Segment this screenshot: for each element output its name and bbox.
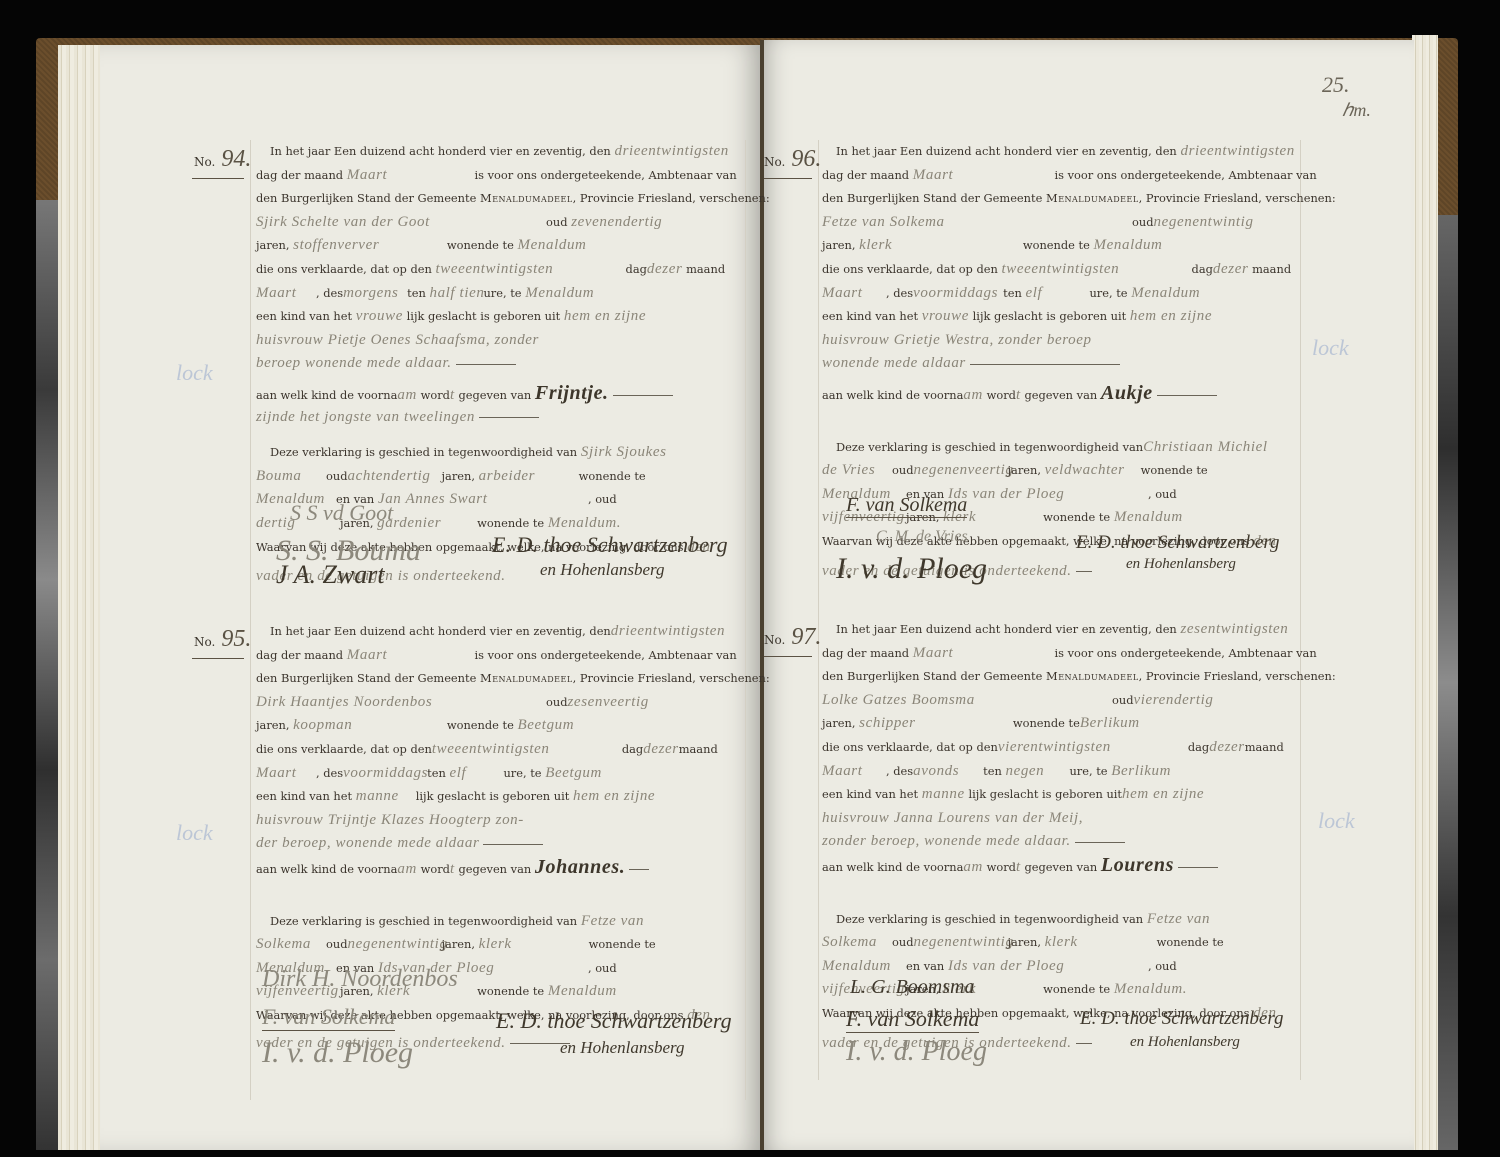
declarant-name: Sjirk Schelte van der Goot (256, 211, 546, 235)
entry-number: No.95. (194, 626, 251, 653)
printed-text: dag der maand (822, 646, 909, 660)
declarant-occupation: koopman (293, 714, 443, 738)
printed-text: jaren, (822, 238, 855, 252)
witness1-age: negenentwintig (914, 931, 1008, 955)
registrar-signature: en Hohenlansberg (560, 1038, 685, 1058)
book-spine (760, 40, 764, 1150)
printed-text: dag (622, 742, 643, 756)
birth-month: Maart (256, 282, 316, 306)
birth-day: vierentwintigsten (998, 736, 1188, 760)
printed-text: , Provincie Friesland, verschenen: (1139, 669, 1336, 683)
printed-text: maand (679, 742, 718, 756)
printed-text: , Provincie Friesland, verschenen: (1139, 191, 1336, 205)
printed-text: ure, te (503, 766, 541, 780)
printed-text: lijk geslacht is geboren uit (416, 789, 570, 803)
margin-note: lock (1318, 808, 1355, 834)
witness1-age: negenentwintig (348, 933, 442, 957)
birth-month: Maart (256, 762, 316, 786)
child-sex: manne (922, 786, 965, 802)
printed-text: den Burgerlijken Stand der Gemeente (822, 191, 1042, 205)
parents-text: hem en zijne (564, 308, 646, 324)
printed-text: jaren, (442, 469, 475, 483)
witness1-name: Solkema (822, 931, 892, 955)
printed-text: wonende te (1141, 463, 1208, 477)
entry-frame-right (1300, 140, 1301, 1080)
declarant-name: Fetze van Solkema (822, 211, 1132, 235)
witness2-name: Jan Annes Swart (378, 488, 588, 512)
printed-text: wonende te (447, 718, 514, 732)
printed-text: wonende te (579, 469, 646, 483)
printed-text: wonende te (1043, 982, 1110, 996)
handwritten-day: zesentwintigsten (1180, 621, 1288, 637)
registrar-signature: en Hohenlansberg (1126, 556, 1236, 573)
handwritten-day: drieentwintigsten (1180, 143, 1294, 159)
witness1-occupation: arbeider (479, 465, 579, 489)
handwritten-text: dezer (1213, 261, 1249, 277)
printed-text: die ons verklaarde, dat op den (256, 742, 432, 756)
witness1-name: Solkema (256, 933, 326, 957)
birth-place: Menaldum (525, 285, 594, 301)
handwritten-text: am (397, 387, 417, 403)
witness2-residence: Menaldum (548, 983, 617, 999)
printed-text: dag (1188, 740, 1209, 754)
printed-text: , Provincie Friesland, verschenen: (573, 671, 770, 685)
time-of-day: voormiddags (343, 762, 427, 786)
printed-text: aan welk kind de voorna (256, 388, 397, 402)
declarant-occupation: stoffenverver (293, 234, 443, 258)
printed-text: aan welk kind de voorna (822, 388, 963, 402)
printed-text: oud (892, 935, 914, 949)
handwritten-text: dezer (647, 261, 683, 277)
entry-frame-left (250, 140, 251, 1100)
signature: C. M. de Vries (876, 528, 968, 546)
printed-text: , des (886, 764, 913, 778)
child-name: Johannes. (535, 856, 625, 878)
printed-text: word (987, 388, 1016, 402)
printed-text: jaren, (822, 716, 855, 730)
parents-text: huisvrouw Janna Lourens van der Meij, (822, 810, 1083, 826)
handwritten-text: dezer (1209, 739, 1245, 755)
printed-text: wonende te (1013, 716, 1080, 730)
printed-text: wonende te (477, 984, 544, 998)
printed-text: word (421, 388, 450, 402)
declarant-occupation: klerk (859, 234, 1019, 258)
handwritten-month: Maart (913, 164, 1051, 188)
witness1-name: Bouma (256, 465, 326, 489)
printed-text: den Burgerlijken Stand der Gemeente (256, 191, 476, 205)
child-sex: vrouwe (356, 308, 403, 324)
printed-text: Deze verklaring is geschied in tegenwoor… (836, 440, 1143, 454)
printed-text: is voor ons ondergeteekende, Ambtenaar v… (474, 168, 736, 182)
parents-text: zonder beroep, wonende mede aldaar. (822, 833, 1071, 849)
margin-note: lock (1312, 335, 1349, 361)
birth-month: Maart (822, 760, 886, 784)
printed-text: die ons verklaarde, dat op den (256, 262, 432, 276)
printed-text: oud (546, 695, 568, 709)
printed-text: ten (407, 286, 426, 300)
printed-text: maand (1252, 262, 1291, 276)
printed-text: gegeven van (458, 388, 531, 402)
printed-text: , oud (1148, 487, 1177, 501)
printed-text: maand (686, 262, 725, 276)
printed-text: , Provincie Friesland, verschenen: (573, 191, 770, 205)
declarant-name: Dirk Haantjes Noordenbos (256, 691, 546, 715)
printed-text: een kind van het (256, 309, 352, 323)
printed-text: ure, te (483, 286, 521, 300)
printed-text: ten (983, 764, 1002, 778)
printed-text: dag (1192, 262, 1213, 276)
handwritten-month: Maart (347, 164, 471, 188)
handwritten-text: t (1016, 387, 1021, 403)
printed-text: wonende te (447, 238, 514, 252)
printed-text: aan welk kind de voorna (256, 862, 397, 876)
handwritten-day: drieentwintigsten (611, 623, 725, 639)
birth-day: tweeentwintigsten (436, 258, 626, 282)
parents-text: hem en zijne (1122, 786, 1204, 802)
signature: S S vd Goot (290, 500, 393, 526)
registrar-signature: en Hohenlansberg (1130, 1034, 1240, 1051)
printed-text: lijk geslacht is geboren uit (407, 309, 561, 323)
printed-text: jaren, (1008, 935, 1041, 949)
marbled-edge-right (1438, 215, 1458, 1150)
printed-text: is voor ons ondergeteekende, Ambtenaar v… (1054, 646, 1316, 660)
printed-text: oud (1132, 215, 1154, 229)
declarant-residence: Menaldum (518, 237, 587, 253)
printed-text: en van (906, 959, 944, 973)
parents-text: hem en zijne (573, 788, 655, 804)
printed-text: ure, te (1089, 286, 1127, 300)
signature: L. G. Boomsma (850, 976, 974, 999)
registrar-signature: E. D. thoe Schwartzenberg (1080, 1008, 1284, 1030)
printed-text: wonende te (1157, 935, 1224, 949)
printed-text: die ons verklaarde, dat op den (822, 262, 998, 276)
birth-hour: half tien (429, 282, 483, 306)
printed-text: ten (1003, 286, 1022, 300)
handwritten-text: am (397, 861, 417, 877)
printed-text: , oud (588, 492, 617, 506)
printed-text: is voor ons ondergeteekende, Ambtenaar v… (1054, 168, 1316, 182)
handwritten-text: am (963, 387, 983, 403)
time-of-day: avonds (913, 760, 983, 784)
declarant-occupation: schipper (859, 712, 1009, 736)
printed-text: wonende te (1023, 238, 1090, 252)
printed-text: oud (326, 469, 348, 483)
printed-text: jaren, (1008, 463, 1041, 477)
municipality: Menaldumadeel (1046, 191, 1139, 205)
time-of-day: voormiddags (913, 282, 1003, 306)
printed-text: ure, te (1069, 764, 1107, 778)
witness1-name: Sjirk Sjoukes (581, 444, 667, 460)
printed-text: jaren, (256, 238, 289, 252)
witness1-name: de Vries (822, 459, 892, 483)
printed-text: oud (892, 463, 914, 477)
printed-text: , des (316, 766, 343, 780)
birth-hour: elf (1025, 282, 1089, 306)
printed-text: is voor ons ondergeteekende, Ambtenaar v… (474, 648, 736, 662)
handwritten-text: t (450, 387, 455, 403)
signature: I. v. d. Ploeg (262, 1036, 413, 1070)
witness1-name: Christiaan Michiel (1143, 439, 1268, 455)
printed-text: word (987, 860, 1016, 874)
handwritten-text: t (450, 861, 455, 877)
printed-text: een kind van het (822, 309, 918, 323)
declarant-age: zevenendertig (571, 214, 662, 230)
parents-text: huisvrouw Grietje Westra, zonder beroep (822, 332, 1092, 348)
entry-number: No.96. (764, 146, 821, 173)
printed-text: oud (1112, 693, 1134, 707)
printed-text: , des (316, 286, 343, 300)
handwritten-month: Maart (347, 644, 471, 668)
printed-text: jaren, (442, 937, 475, 951)
entry-number-underline (192, 658, 244, 659)
witness2-name: Ids van der Ploeg (948, 483, 1148, 507)
printed-text: In het jaar Een duizend acht honderd vie… (270, 624, 611, 638)
printed-text: Deze verklaring is geschied in tegenwoor… (836, 912, 1143, 926)
child-name: Aukje (1101, 382, 1153, 404)
birth-place: Menaldum (1131, 285, 1200, 301)
printed-text: wonende te (1043, 510, 1110, 524)
witness1-age: negenenveertig (914, 459, 1008, 483)
printed-text: den Burgerlijken Stand der Gemeente (256, 671, 476, 685)
printed-text: jaren, (256, 718, 289, 732)
entry-frame-left (818, 140, 819, 1080)
birth-hour: elf (449, 762, 503, 786)
declarant-age: zesenveertig (568, 694, 649, 710)
birth-place: Berlikum (1111, 763, 1171, 779)
witness2-residence: Menaldum. (548, 515, 621, 531)
witness1-name: Fetze van (581, 913, 644, 929)
handwritten-day: drieentwintigsten (614, 143, 728, 159)
parents-text: hem en zijne (1130, 308, 1212, 324)
printed-text: , oud (588, 961, 617, 975)
registrar-signature: E. D. thoe Schwartzenberg (496, 1008, 732, 1034)
signature: F. van Solkema (262, 1004, 395, 1031)
municipality: Menaldumadeel (1046, 669, 1139, 683)
witness2-residence: Menaldum (1114, 509, 1183, 525)
time-of-day: morgens (343, 282, 407, 306)
page-edges-right (1412, 35, 1438, 1150)
parents-text: wonende mede aldaar (822, 355, 966, 371)
handwritten-month: Maart (913, 642, 1051, 666)
birth-day: tweeentwintigsten (432, 738, 622, 762)
witness2-name: Ids van der Ploeg (948, 955, 1148, 979)
extra-note: zijnde het jongste van tweelingen (256, 409, 475, 425)
birth-day: tweeentwintigsten (1002, 258, 1192, 282)
signature: F. van Solkema (846, 494, 967, 518)
printed-text: gegeven van (1024, 388, 1097, 402)
entry-number-underline (764, 656, 812, 657)
witness2-residence: Menaldum. (1114, 981, 1187, 997)
printed-text: gegeven van (458, 862, 531, 876)
printed-text: dag (626, 262, 647, 276)
printed-text: een kind van het (256, 789, 352, 803)
declarant-residence: Berlikum (1080, 715, 1140, 731)
child-name: Lourens (1101, 854, 1174, 876)
printed-text: maand (1245, 740, 1284, 754)
declarant-residence: Beetgum (518, 717, 575, 733)
handwritten-text: dezer (643, 741, 679, 757)
declarant-age: negenentwintig (1154, 214, 1254, 230)
birth-hour: negen (1005, 760, 1069, 784)
printed-text: oud (326, 937, 348, 951)
printed-text: In het jaar Een duizend acht honderd vie… (836, 144, 1177, 158)
printed-text: dag der maand (822, 168, 909, 182)
printed-text: , des (886, 286, 913, 300)
printed-text: dag der maand (256, 648, 343, 662)
signature: Dirk H. Noordenbos (262, 966, 458, 993)
declarant-residence: Menaldum (1094, 237, 1163, 253)
printed-text: wonende te (589, 937, 656, 951)
parents-text: huisvrouw Trijntje Klazes Hoogterp zon- (256, 812, 524, 828)
signature: J A. Zwart (276, 560, 385, 590)
child-sex: vrouwe (922, 308, 969, 324)
witness1-residence: Menaldum (822, 955, 906, 979)
page-number: 25. (1322, 72, 1350, 98)
printed-text: In het jaar Een duizend acht honderd vie… (836, 622, 1177, 636)
signature: I. v. d. Ploeg (836, 552, 987, 586)
registrar-signature: en Hohenlansberg (540, 560, 665, 580)
parents-text: huisvrouw Pietje Oenes Schaafsma, zonder (256, 332, 539, 348)
handwritten-text: t (1016, 859, 1021, 875)
declarant-name: Lolke Gatzes Boomsma (822, 689, 1112, 713)
declarant-age: vierendertig (1134, 692, 1214, 708)
printed-text: oud (546, 215, 568, 229)
printed-text: lijk geslacht is geboren uit (968, 787, 1122, 801)
printed-text: den Burgerlijken Stand der Gemeente (822, 669, 1042, 683)
witness1-age: achtendertig (348, 465, 442, 489)
signature: I. v. d. Ploeg (846, 1036, 987, 1068)
page-initial: ℎm. (1342, 100, 1371, 121)
printed-text: In het jaar Een duizend acht honderd vie… (270, 144, 611, 158)
witness1-occupation: veldwachter (1045, 459, 1141, 483)
witness1-name: Fetze van (1147, 911, 1210, 927)
entry-number: No.97. (764, 624, 821, 651)
printed-text: ten (427, 766, 446, 780)
parents-text: der beroep, wonende mede aldaar (256, 835, 479, 851)
printed-text: een kind van het (822, 787, 918, 801)
witness1-occupation: klerk (479, 933, 589, 957)
parents-text: beroep wonende mede aldaar. (256, 355, 452, 371)
printed-text: word (421, 862, 450, 876)
entry-number: No.94. (194, 146, 251, 173)
printed-text: Deze verklaring is geschied in tegenwoor… (270, 445, 577, 459)
printed-text: die ons verklaarde, dat op den (822, 740, 998, 754)
signature: F. van Solkema (846, 1006, 979, 1033)
child-sex: manne (356, 785, 416, 809)
municipality: Menaldumadeel (480, 671, 573, 685)
registrar-signature: E. D. thoe Schwartzenberg (1076, 532, 1280, 554)
child-name: Frijntje. (535, 382, 609, 404)
printed-text: Deze verklaring is geschied in tegenwoor… (270, 914, 577, 928)
printed-text: aan welk kind de voorna (822, 860, 963, 874)
margin-note: lock (176, 360, 213, 386)
printed-text: dag der maand (256, 168, 343, 182)
municipality: Menaldumadeel (480, 191, 573, 205)
birth-place: Beetgum (545, 765, 602, 781)
printed-text: gegeven van (1024, 860, 1097, 874)
printed-text: , oud (1148, 959, 1177, 973)
entry-number-underline (764, 178, 812, 179)
marbled-edge-left (36, 200, 58, 1150)
handwritten-text: am (963, 859, 983, 875)
printed-text: lijk geslacht is geboren uit (973, 309, 1127, 323)
birth-month: Maart (822, 282, 886, 306)
witness1-occupation: klerk (1045, 931, 1157, 955)
entry-number-underline (192, 178, 244, 179)
margin-note: lock (176, 820, 213, 846)
printed-text: wonende te (477, 516, 544, 530)
registrar-signature: E. D. thoe Schwartzenberg (492, 532, 728, 558)
